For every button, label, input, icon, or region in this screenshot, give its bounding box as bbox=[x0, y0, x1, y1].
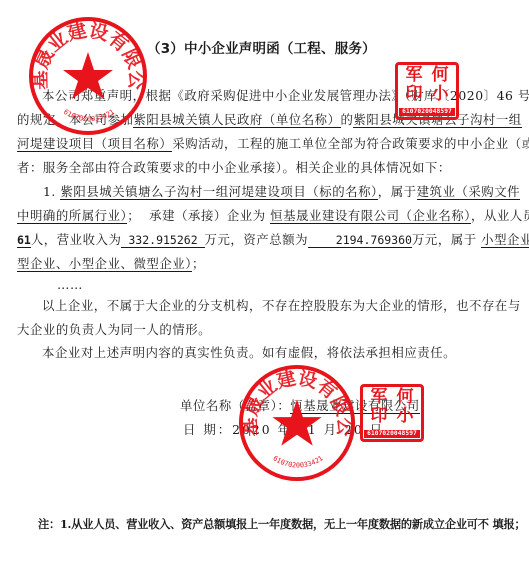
seal-char: 印 bbox=[366, 407, 392, 426]
para1-mid: 的 bbox=[341, 112, 354, 127]
item1-line4: 型企业、小型企业、微型企业）； bbox=[17, 256, 513, 272]
revenue-label: 人，营业收入为 bbox=[31, 232, 122, 247]
ellipsis: …… bbox=[17, 277, 517, 293]
contractor-label: ； 承建（承接）企业为 bbox=[127, 208, 270, 223]
item-end: ； bbox=[192, 256, 205, 271]
project-name-field-cont: 河堤建设项目（项目名称） bbox=[17, 136, 172, 152]
item-index: 1. bbox=[43, 184, 56, 199]
personal-seal-bottom-icon: 军 何 印 小 6107020048597 bbox=[360, 384, 424, 442]
industry-field: 建筑业（采购文件 bbox=[417, 184, 521, 200]
para2-line2: 大企业的负责人为同一人的情形。 bbox=[17, 322, 513, 338]
size-field: 小型企业（中 bbox=[481, 232, 529, 248]
document-title: （3）中小企业声明函（工程、服务） bbox=[147, 37, 376, 57]
para3: 本企业对上述声明内容的真实性负责。如有虚假，将依法承担相应责任。 bbox=[17, 345, 513, 361]
size-field-cont: 型企业、小型企业、微型企业） bbox=[17, 256, 192, 272]
seal-char: 军 bbox=[401, 66, 427, 85]
signature-unit-line: 单位名称（盖章）：恒基晟业建设有限公司 bbox=[180, 398, 480, 414]
item1-line3: 61人，营业收入为 332.915262 万元，资产总额为 2194.76936… bbox=[17, 232, 513, 248]
seal-char: 何 bbox=[392, 388, 418, 407]
personal-seal-icon: 军 何 印 小 6107020048597 bbox=[395, 62, 459, 120]
seal-number: 6107020048597 bbox=[364, 430, 420, 438]
assets-label: 万元，资产总额为 bbox=[205, 232, 309, 247]
seal-char: 何 bbox=[427, 66, 453, 85]
document-page: （3）中小企业声明函（工程、服务） 本公司郑重声明，根据《政府采购促进中小企业发… bbox=[0, 0, 529, 587]
buyer-unit-field: 紫阳县城关镇人民政府（单位名称） bbox=[133, 112, 340, 128]
signature-date-line: 日 期：2020 年 11 月 20 日 bbox=[183, 422, 483, 438]
employees-field: 61 bbox=[17, 233, 31, 248]
item1-line2: 中明确的所属行业）； 承建（承接）企业为 恒基晟业建设有限公司（企业名称），从业… bbox=[17, 208, 513, 224]
svg-text:6107020033421: 6107020033421 bbox=[272, 454, 325, 469]
belongs-to-text: ，属于 bbox=[378, 184, 417, 199]
para1-line3: 河堤建设项目（项目名称）采购活动，工程的施工单位全部为符合政策要求的中小企业（或 bbox=[17, 136, 513, 152]
para1-line4: 者：服务全部由符合政策要求的中小企业承接）。相关企业的具体情况如下： bbox=[17, 160, 513, 176]
employees-label: ，从业人员 bbox=[471, 208, 529, 223]
seal-char: 小 bbox=[392, 407, 418, 426]
seal-char: 军 bbox=[366, 388, 392, 407]
assets-field: 2194.769360 bbox=[308, 233, 412, 248]
para2-line1: 以上企业，不属于大企业的分支机构，不存在控股股东为大企业的情形，也不存在与 bbox=[17, 298, 513, 314]
seal-char: 小 bbox=[427, 85, 453, 104]
para1-line4-text: 者：服务全部由符合政策要求的中小企业承接）。相关企业的具体情况如下： bbox=[17, 160, 451, 175]
enterprise-name-field: 恒基晟业建设有限公司（企业名称） bbox=[270, 208, 471, 224]
industry-field-cont: 中明确的所属行业） bbox=[17, 208, 127, 224]
lot-name-field: 紫阳县城关镇塘么子沟村一组河堤建设项目（标的名称） bbox=[60, 184, 377, 200]
seal-char: 印 bbox=[401, 85, 427, 104]
revenue-field: 332.915262 bbox=[121, 233, 204, 248]
para1-prefix: 的规定，本公司参加 bbox=[17, 112, 133, 127]
footnote: 注：1.从业人员、营业收入、资产总额填报上一年度数据，无上一年度数据的新成立企业… bbox=[38, 516, 525, 532]
item1-line1: 1. 紫阳县城关镇塘么子沟村一组河堤建设项目（标的名称），属于建筑业（采购文件 bbox=[17, 184, 513, 200]
seal-number: 6107020048597 bbox=[399, 108, 455, 116]
date-label: 日 期： bbox=[183, 422, 232, 437]
size-label: 万元，属于 bbox=[412, 232, 481, 247]
para1-line3-text: 采购活动，工程的施工单位全部为符合政策要求的中小企业（或 bbox=[172, 136, 529, 151]
unit-label: 单位名称（盖章）： bbox=[180, 398, 290, 413]
svg-text:恒基晟业建设有限公司: 恒基晟业建设有限公司 bbox=[26, 14, 147, 91]
